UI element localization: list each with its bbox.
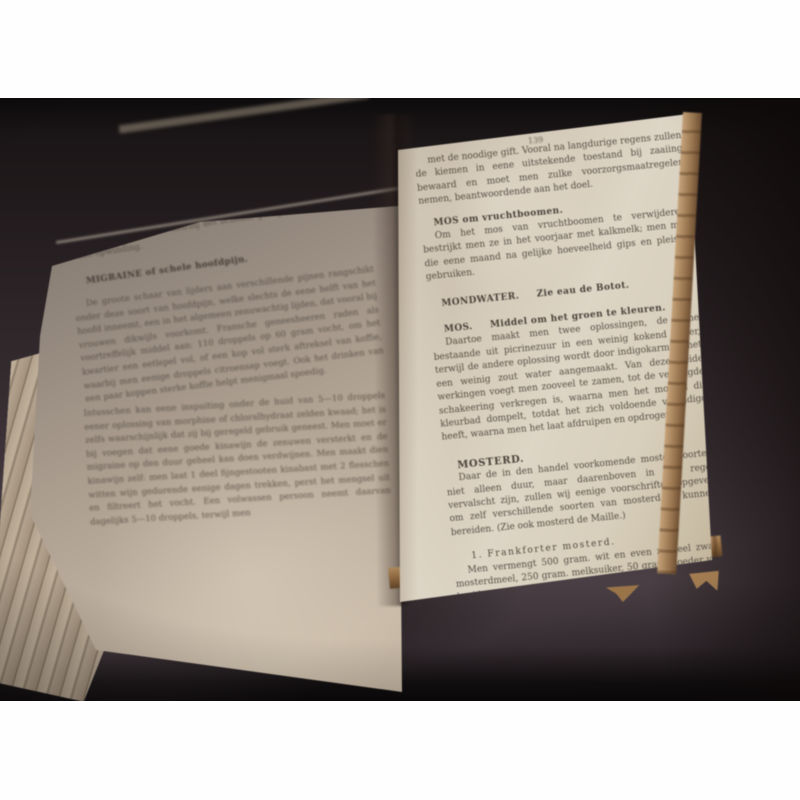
white-border-bottom — [0, 701, 800, 800]
white-border-top — [0, 0, 800, 98]
left-page-body-paragraph-continued: Intusschen kan eene inspuiting onder de … — [83, 390, 392, 530]
mondwater-reference: Zie eau de Botot. — [536, 280, 630, 299]
worn-paper-fragment — [605, 585, 640, 603]
top-page-edge-sliver — [119, 98, 370, 133]
mondwater-term: MONDWATER. — [441, 291, 520, 309]
photo-frame: 138 Vochtige omslagen op het hoofd kunne… — [0, 0, 800, 800]
mos-term: MOS. — [444, 322, 474, 335]
left-page-body-paragraph: De groote schaar van lijders aan verschi… — [73, 263, 386, 407]
book-photo: 138 Vochtige omslagen op het hoofd kunne… — [0, 98, 800, 701]
worn-paper-fragment — [689, 570, 721, 593]
left-page-text: Vochtige omslagen op het hoofd kunnen go… — [58, 103, 395, 530]
open-book: 138 Vochtige omslagen op het hoofd kunne… — [0, 98, 800, 701]
left-page-top-paragraph: Vochtige omslagen op het hoofd kunnen go… — [58, 98, 377, 264]
